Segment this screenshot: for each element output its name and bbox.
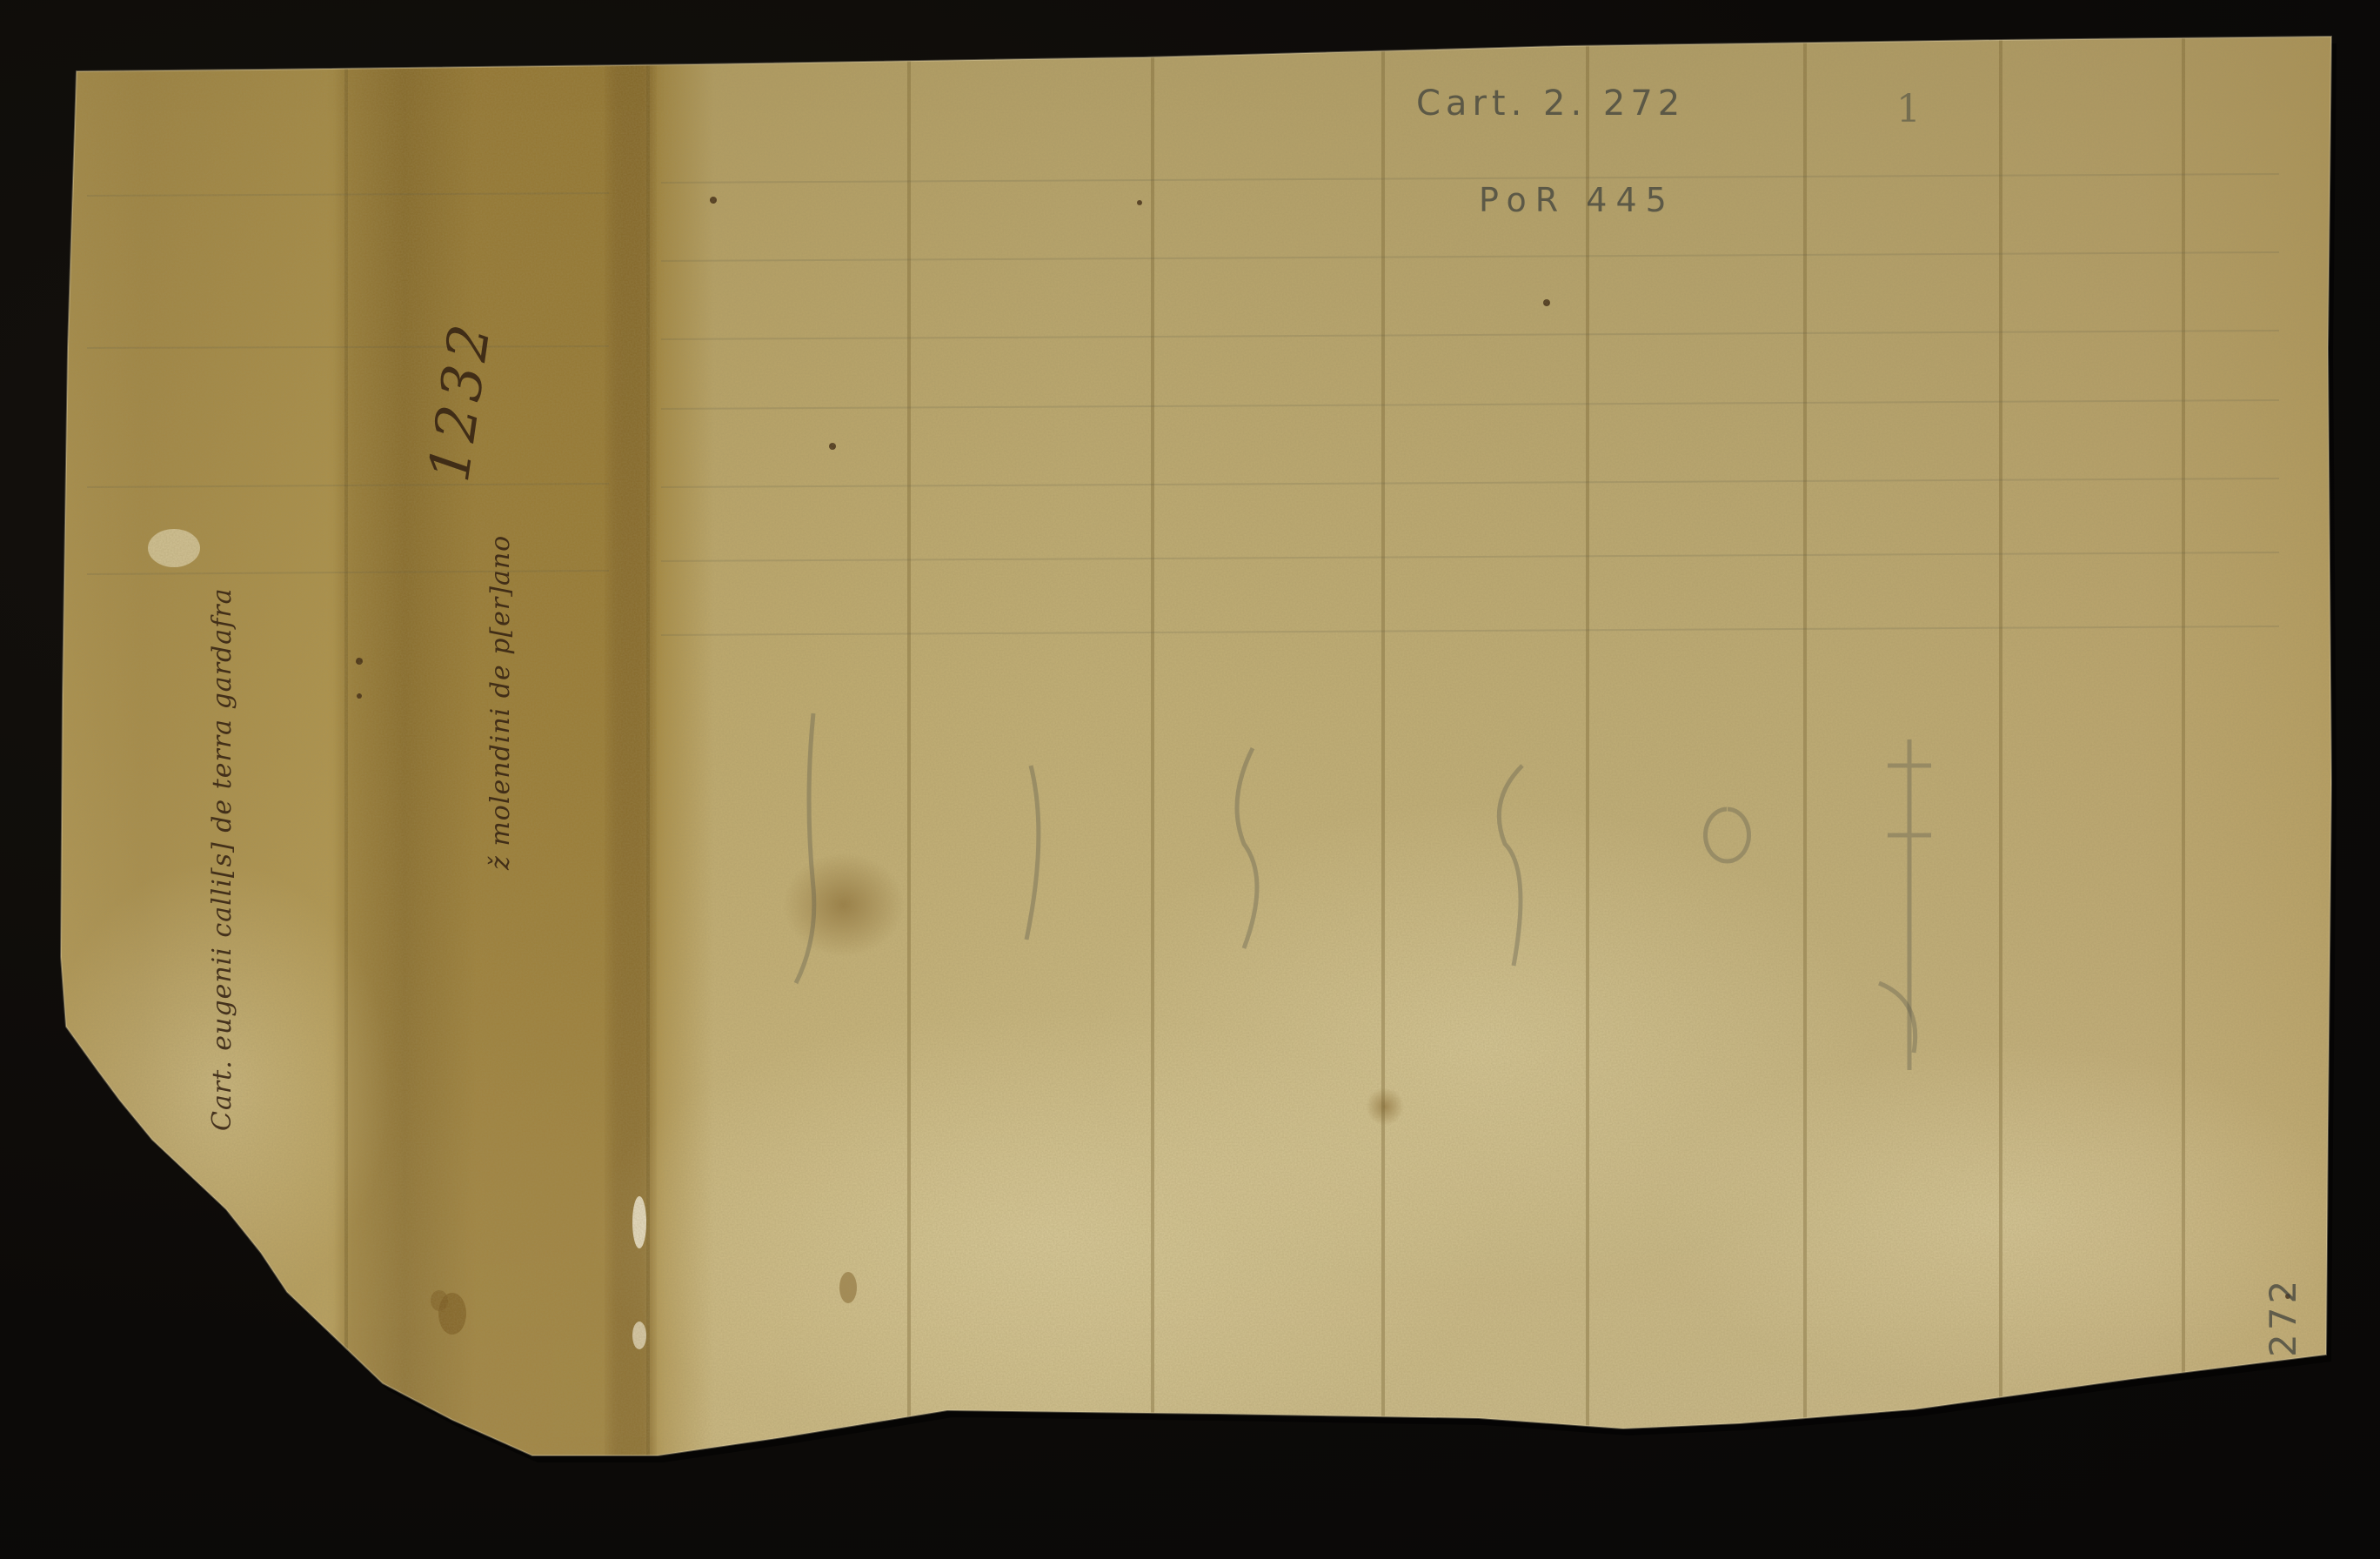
parchment-sheet [0, 0, 2380, 1559]
document-photo: Cart. 2. 272 PoR 445 1232 Cart. eugenii … [0, 0, 2380, 1559]
